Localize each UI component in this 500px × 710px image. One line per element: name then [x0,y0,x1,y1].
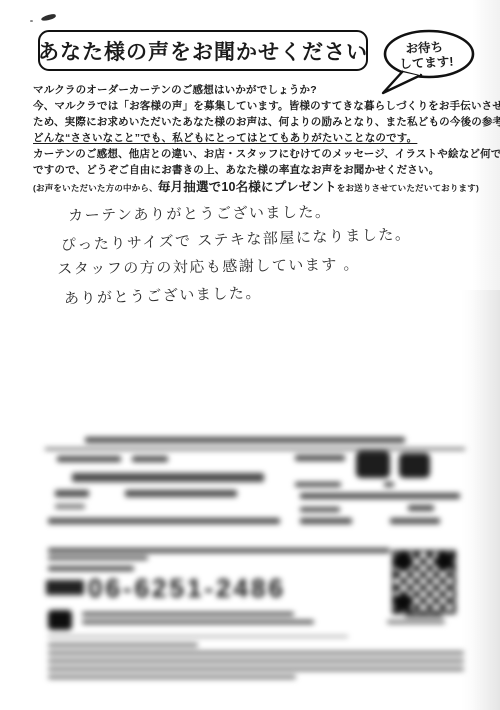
redacted-signature [356,451,390,478]
scan-artifact [41,13,57,21]
redacted-field [55,504,85,509]
speech-bubble-text: お待ち してます! [398,40,454,73]
handwritten-line-3: スタッフの方の対応も感謝しています 。 [57,252,445,279]
redacted-field [295,482,341,487]
page-title: あなた様の声をお聞かせください [38,36,368,66]
redacted-form-section: 06-6251-2486 [0,430,500,690]
intro-line-4: どんな“ささいなこと”でも、私どもにとってはとてもありがたいことなのです。 [33,130,485,146]
redacted-field [408,505,434,511]
redacted-qr-caption [387,620,445,624]
company-logo [48,610,72,630]
redacted-phone-row [125,490,237,497]
qr-finder-icon [437,553,453,569]
redacted-fineprint [48,643,198,647]
qr-finder-icon [395,553,411,569]
redacted-fineprint [48,659,464,663]
phone-number: 06-6251-2486 [88,573,286,604]
form-divider [45,448,465,450]
redacted-fineprint [48,675,296,679]
redacted-company-line [82,612,294,616]
intro-line-5: カーテンのご感想、他店との違い、お店・スタッフにむけてのメッセージ、イラストや絵… [33,146,485,162]
redacted-company-line [82,620,314,624]
redacted-row [390,518,440,524]
intro-line-3: ため、実際にお求めいただいたあなた様のお声は、何よりの励みとなり、また私どもの今… [33,114,485,130]
bubble-line-2: してます! [399,55,454,73]
redacted-address [72,473,264,482]
footer-divider [48,636,348,637]
redacted-field [132,456,168,462]
handwritten-line-2: ぴったりサイズで ステキな部屋になりました。 [60,222,444,255]
redacted-company-line [48,548,390,553]
qr-code [392,550,456,614]
redacted-company-line [48,556,148,560]
redacted-field [300,507,340,512]
prize-pre: (お声をいただいた方の中から、 [33,183,158,193]
intro-line-6: ですので、どうぞご自由にお書きの上、あなた様の率直なお声をお聞かせください。 [33,162,485,178]
handwritten-line-4: ありがとうございました。 [64,276,446,308]
redacted-fineprint [48,651,464,655]
scanned-feedback-form: あなた様の声をお聞かせください お待ち してます! マルクラのオーダーカーテンの… [0,0,500,710]
redacted-field [384,482,394,487]
prize-main: 毎月抽選で10名様にプレゼント [158,180,337,194]
prize-line: (お声をいただいた方の中から、毎月抽選で10名様にプレゼントをお送りさせていただ… [33,179,485,196]
redacted-signature [399,453,430,478]
scan-artifact-dot [30,20,33,22]
handwritten-comment: カーテンありがとうございました。 ぴったりサイズで ステキな部屋になりました。 … [54,198,446,307]
redacted-row [48,518,280,524]
title-box: あなた様の声をお聞かせください [38,30,368,71]
redacted-form-header [85,437,405,443]
redacted-company-line [48,566,134,571]
intro-line-2: 今、マルクラでは「お客様の声」を募集しています。皆様のすてきな暮らしづくりをお手… [33,98,485,114]
redacted-phone-label [46,580,84,595]
intro-line-1: マルクラのオーダーカーテンのご感想はいかがでしょうか? [33,82,485,98]
redacted-row [300,518,352,524]
qr-finder-icon [395,595,411,611]
prize-post: をお送りさせていただいております) [337,183,479,193]
handwritten-line-1: カーテンありがとうございました。 [68,199,444,225]
redacted-field [55,490,89,497]
redacted-field [295,455,345,461]
intro-paragraph: マルクラのオーダーカーテンのご感想はいかがでしょうか? 今、マルクラでは「お客様… [33,82,485,196]
redacted-field [57,456,121,462]
redacted-fineprint [48,667,464,671]
redacted-field [300,493,460,499]
